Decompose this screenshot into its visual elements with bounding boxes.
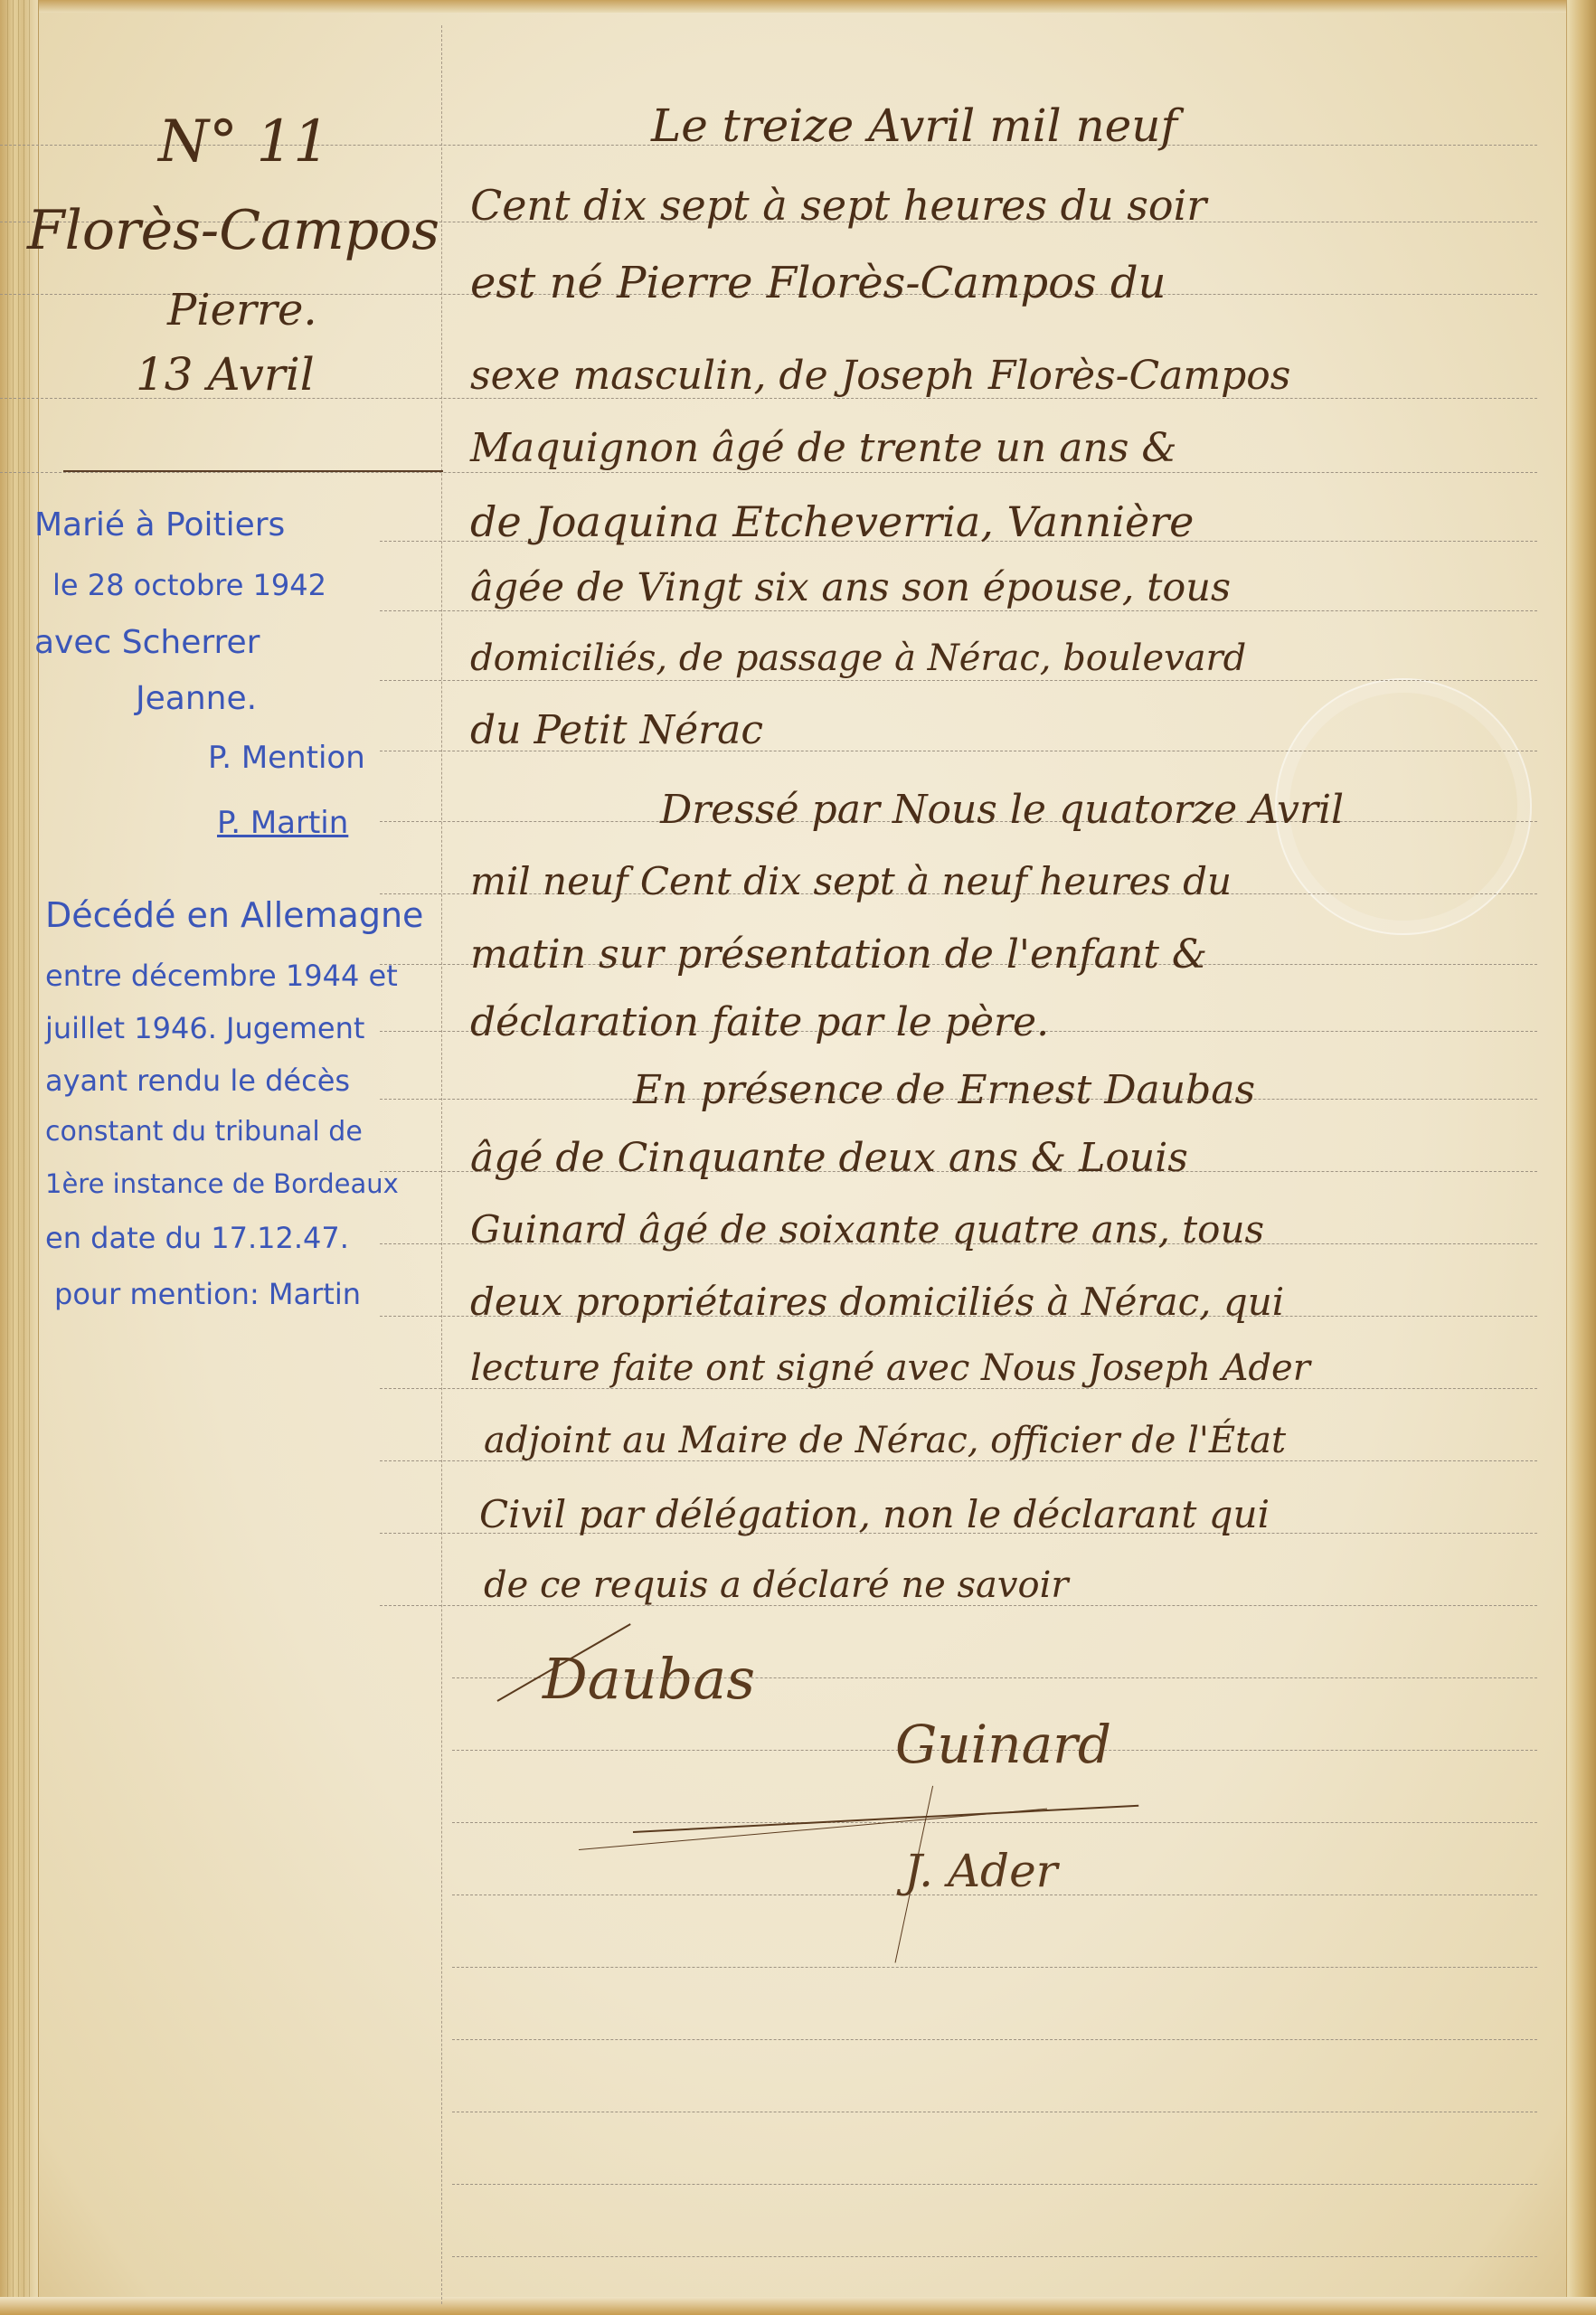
- act-line: Civil par délégation, non le déclarant q…: [479, 1492, 1270, 1536]
- act-line: du Petit Nérac: [470, 707, 763, 753]
- register-page: N° 11 Florès-Campos Pierre. 13 Avril Mar…: [0, 0, 1596, 2315]
- annotation-death-line: entre décembre 1944 et: [45, 959, 398, 993]
- margin-given-name: Pierre.: [167, 285, 317, 335]
- annotation-death-line: constant du tribunal de: [45, 1116, 363, 1148]
- annotation-death-line: 1ère instance de Bordeaux: [45, 1168, 399, 1199]
- act-line: Guinard âgé de soixante quatre ans, tous: [470, 1207, 1264, 1252]
- act-line: En présence de Ernest Daubas: [633, 1067, 1255, 1113]
- annotation-death-line: en date du 17.12.47.: [45, 1221, 349, 1255]
- annotation-marriage-line: le 28 octobre 1942: [52, 568, 326, 602]
- ruled-line: [452, 2039, 1537, 2040]
- ruled-line: [452, 1967, 1537, 1968]
- act-line: déclaration faite par le père.: [470, 999, 1049, 1045]
- ruled-line: [452, 2112, 1537, 2112]
- page-bottom-edge: [0, 2297, 1596, 2315]
- act-line: âgé de Cinquante deux ans & Louis: [470, 1135, 1188, 1181]
- annotation-death-line: ayant rendu le décès: [45, 1063, 350, 1098]
- ruled-line: [452, 2256, 1537, 2257]
- annotation-death-line: juillet 1946. Jugement: [45, 1011, 364, 1045]
- margin-surname: Florès-Campos: [27, 199, 439, 262]
- signature-guinard: Guinard: [895, 1714, 1111, 1775]
- act-line: de ce requis a déclaré ne savoir: [484, 1564, 1068, 1606]
- act-line: Maquignon âgé de trente un ans &: [470, 425, 1177, 471]
- act-line: de Joaquina Etcheverria, Vannière: [470, 497, 1194, 546]
- book-spine-edge: [1566, 0, 1596, 2315]
- ruled-line: [452, 2184, 1537, 2185]
- act-line: est né Pierre Florès-Campos du: [470, 258, 1166, 308]
- act-line: matin sur présentation de l'enfant &: [470, 931, 1207, 978]
- annotation-marriage-line: avec Scherrer: [34, 624, 260, 661]
- act-line: Le treize Avril mil neuf: [651, 99, 1177, 152]
- ruled-line: [380, 680, 1537, 681]
- signature-flourish: [633, 1805, 1138, 1833]
- act-line: âgée de Vingt six ans son épouse, tous: [470, 565, 1231, 610]
- margin-date: 13 Avril: [136, 348, 315, 401]
- act-line: Cent dix sept à sept heures du soir: [470, 181, 1206, 230]
- act-line: domiciliés, de passage à Nérac, boulevar…: [470, 638, 1246, 679]
- book-page-edges: [0, 0, 39, 2315]
- annotation-death-line: pour mention: Martin: [54, 1277, 361, 1311]
- margin-rule: [441, 25, 442, 2304]
- margin-divider: [63, 470, 443, 472]
- annotation-signature: P. Mention: [208, 740, 365, 776]
- ruled-line: [380, 610, 1537, 611]
- annotation-death-line: Décédé en Allemagne: [45, 895, 423, 935]
- act-line: deux propriétaires domiciliés à Nérac, q…: [470, 1280, 1284, 1324]
- ruled-line: [0, 472, 1537, 473]
- ruled-line: [452, 1822, 1537, 1823]
- act-line: Dressé par Nous le quatorze Avril: [660, 787, 1344, 833]
- entry-number: N° 11: [158, 109, 330, 175]
- signature-ader: J. Ader: [904, 1845, 1058, 1897]
- annotation-marriage-line: Jeanne.: [136, 680, 257, 717]
- act-line: adjoint au Maire de Nérac, officier de l…: [484, 1420, 1286, 1461]
- annotation-marriage-line: Marié à Poitiers: [34, 506, 285, 543]
- act-line: sexe masculin, de Joseph Florès-Campos: [470, 353, 1290, 399]
- page-top-edge: [0, 0, 1596, 13]
- act-line: lecture faite ont signé avec Nous Joseph…: [470, 1347, 1310, 1389]
- act-line: mil neuf Cent dix sept à neuf heures du: [470, 859, 1232, 903]
- annotation-signature: P. Martin: [217, 805, 348, 841]
